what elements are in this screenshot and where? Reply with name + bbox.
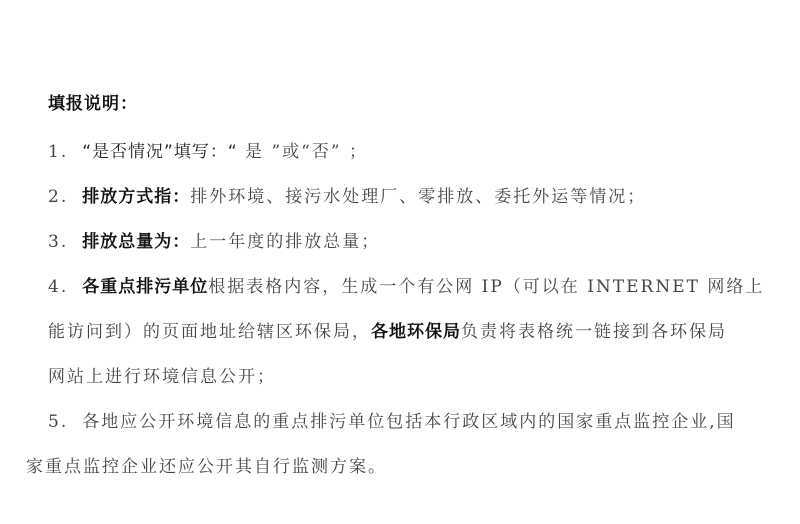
item-1: 1.“是否情况”填写：“ 是 ”或“否” ； [48, 137, 368, 162]
item-4-text-2a: 能访问到）的页面地址给辖区环保局， [48, 322, 371, 342]
item-3: 3.排放总量为：上一年度的排放总量； [48, 227, 380, 252]
item-number: 5. [48, 412, 68, 432]
item-3-label: 排放总量为： [82, 232, 190, 252]
item-1-rest: 是 ”或“否” ； [238, 142, 368, 162]
item-2: 2.排放方式指：排外环境、接污水处理厂、零排放、委托外运等情况； [48, 182, 646, 207]
item-4-text: 根据表格内容，生成一个有公网 IP（可以在 INTERNET 网络上 [208, 277, 764, 297]
item-5-text: 各地应公开环境信息的重点排污单位包括本行政区域内的国家重点监控企业,国 [82, 412, 735, 432]
item-4-line-3: 网站上进行环境信息公开； [48, 362, 276, 387]
item-4-label-2: 各地环保局 [371, 322, 461, 342]
item-1-lead: “是否情况”填写：“ [82, 142, 237, 162]
item-2-text: 排外环境、接污水处理厂、零排放、委托外运等情况； [190, 187, 646, 207]
item-number: 1. [48, 142, 68, 162]
item-number: 4. [48, 277, 68, 297]
item-4-line-2: 能访问到）的页面地址给辖区环保局，各地环保局负责将表格统一链接到各环保局 [48, 317, 727, 342]
item-4-label: 各重点排污单位 [82, 277, 208, 297]
item-2-label: 排放方式指： [82, 187, 190, 207]
item-number: 2. [48, 187, 68, 207]
item-4-text-2c: 负责将表格统一链接到各环保局 [461, 322, 727, 342]
item-4: 4.各重点排污单位根据表格内容，生成一个有公网 IP（可以在 INTERNET … [48, 272, 764, 297]
instructions-title: 填报说明： [48, 89, 138, 114]
item-3-text: 上一年度的排放总量； [190, 232, 380, 252]
item-5-line-2: 家重点监控企业还应公开其自行监测方案。 [26, 452, 387, 477]
item-5: 5.各地应公开环境信息的重点排污单位包括本行政区域内的国家重点监控企业,国 [48, 407, 736, 432]
item-number: 3. [48, 232, 68, 252]
